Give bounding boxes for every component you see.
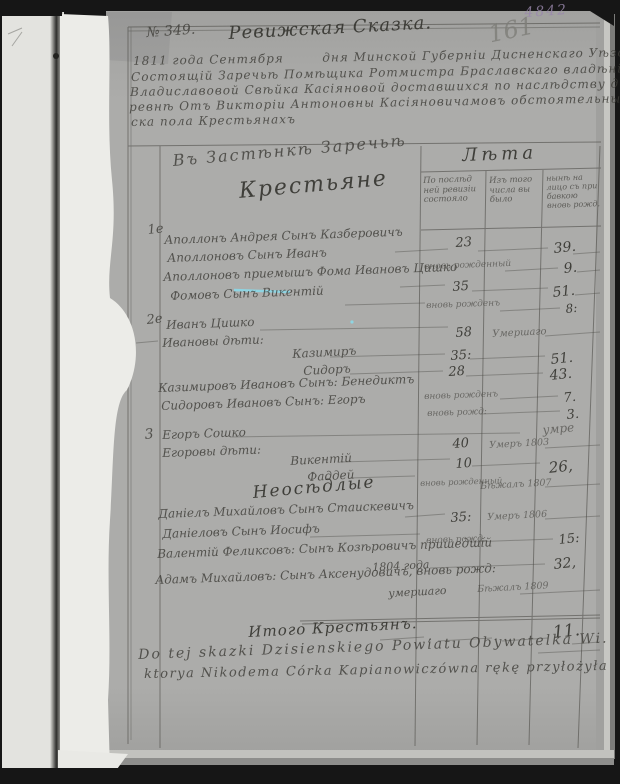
row-number: 2е [146,312,163,328]
row-col1-value: 40 [452,437,470,453]
intro-line-5: ска пола Крестьянахъ [131,113,296,129]
row-col1-value: 35 [452,280,470,296]
age-column-header: Лѣта [462,143,537,166]
col-header-last-revision: По послѣд ней ревизіи состояло [423,175,476,205]
row-col3-value: 15: [558,532,580,549]
row-col3-value: 39. [553,240,577,258]
row-number: 3 [144,427,155,444]
row-number: 1е [147,222,164,238]
row-col1-value: 35: [450,349,472,365]
row-col3-value: 7. [563,391,577,407]
row-col3-value: 26, [548,458,573,477]
row-col1-value: 28 [448,365,466,381]
row-col3-value: 8: [565,302,578,317]
document-scan-page: № 349. Ревижская Сказка. 161 4842 1811 г… [0,0,620,784]
col-header-departed: Изъ того числа вы было [489,175,533,205]
cyan-speck [350,320,353,323]
row-col3-value: 9. [563,261,578,278]
row-col3-note: умре [542,421,575,437]
row-note: вновь рожд: [427,407,487,419]
row-col1-value: 10 [455,457,473,473]
row-col3-value: 51. [552,284,576,302]
row-col1-value: 35: [450,511,472,527]
row-col3-value: 32, [553,556,577,574]
row-col1-value: 58 [455,326,473,342]
col-header-now-present: нынѣ на лицо съ при бавкою вновь рожд. [546,173,600,211]
row-col1-value: 23 [455,236,473,252]
row-col3-value: 43. [549,367,573,385]
archive-stamp-number: 4842 [524,3,569,22]
